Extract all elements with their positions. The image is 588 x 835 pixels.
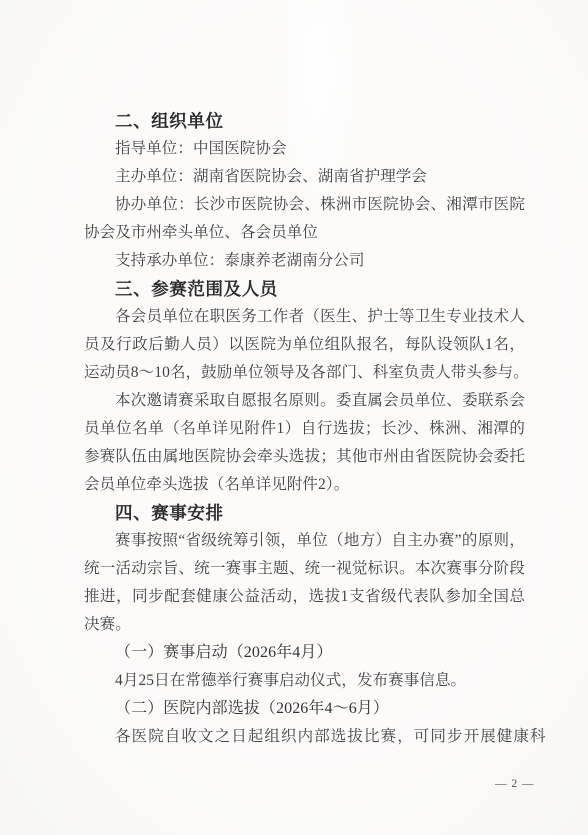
line-registration-3: 参赛队伍由属地医院协会牵头选拔；其他市州由省医院协会委托 [84, 443, 525, 471]
line-supporting-unit: 支持承办单位：泰康养老湖南分公司 [84, 247, 525, 275]
line-schedule-principle-4: 决赛。 [84, 611, 525, 639]
line-host-units: 主办单位：湖南省医院协会、湖南省护理学会 [84, 163, 525, 191]
line-registration-4: 会员单位牵头选拔（名单详见附件2）。 [84, 471, 525, 499]
line-schedule-principle-2: 统一活动宗旨、统一赛事主题、统一视觉标识。本次赛事分阶段 [84, 555, 525, 583]
document-body: 二、组织单位 指导单位：中国医院协会 主办单位：湖南省医院协会、湖南省护理学会 … [84, 107, 525, 751]
line-event-launch-detail: 4月25日在常德举行赛事启动仪式，发布赛事信息。 [84, 667, 525, 695]
section-heading-organizing-units: 二、组织单位 [84, 107, 525, 135]
line-guiding-unit: 指导单位：中国医院协会 [84, 135, 525, 163]
line-co-organizers-1: 协办单位：长沙市医院协会、株洲市医院协会、湘潭市医院 [84, 191, 525, 219]
line-registration-1: 本次邀请赛采取自愿报名原则。委直属会员单位、委联系会 [84, 387, 525, 415]
line-participants-3: 运动员8～10名，鼓励单位领导及各部门、科室负责人带头参与。 [84, 359, 525, 387]
line-schedule-principle-3: 推进，同步配套健康公益活动，选拔1支省级代表队参加全国总 [84, 583, 525, 611]
section-heading-event-schedule: 四、赛事安排 [84, 499, 525, 527]
line-participants-1: 各会员单位在职医务工作者（医生、护士等卫生专业技术人 [84, 303, 525, 331]
line-registration-2: 员单位名单（名单详见附件1）自行选拔；长沙、株洲、湘潭的 [84, 415, 525, 443]
sub-heading-event-launch: （一）赛事启动（2026年4月） [84, 639, 525, 667]
section-heading-participants: 三、参赛范围及人员 [84, 275, 525, 303]
line-schedule-principle-1: 赛事按照“省级统筹引领，单位（地方）自主办赛”的原则， [84, 527, 525, 555]
line-co-organizers-2: 协会及市州牵头单位、各会员单位 [84, 219, 525, 247]
line-internal-selection-detail: 各医院自收文之日起组织内部选拔比赛，可同步开展健康科 [84, 723, 525, 751]
page-number: — 2 — [495, 778, 535, 790]
sub-heading-internal-selection: （二）医院内部选拔（2026年4～6月） [84, 695, 525, 723]
scanned-document-page: 二、组织单位 指导单位：中国医院协会 主办单位：湖南省医院协会、湖南省护理学会 … [0, 0, 588, 835]
line-participants-2: 员及行政后勤人员）以医院为单位组队报名，每队设领队1名， [84, 331, 525, 359]
